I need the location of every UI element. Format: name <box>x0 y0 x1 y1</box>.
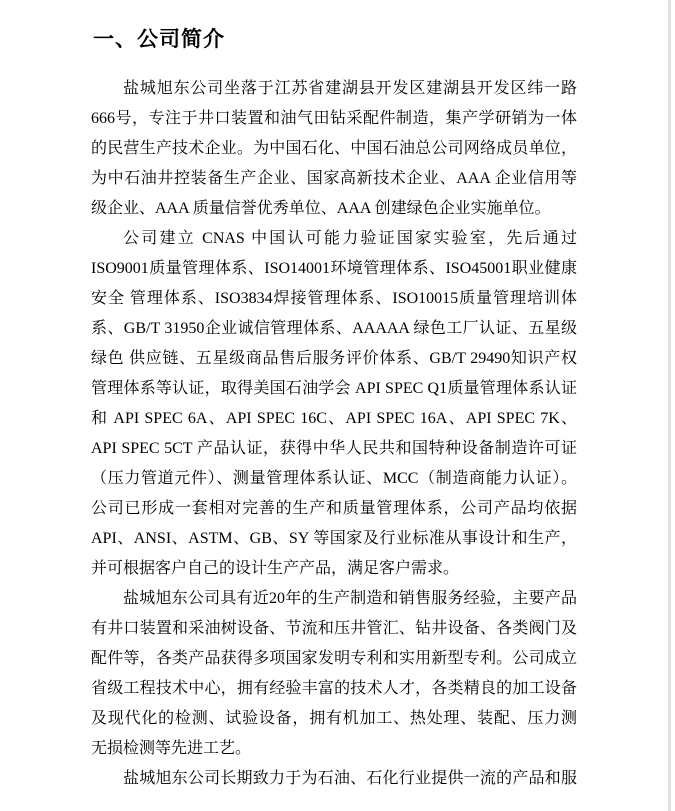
paragraph: 盐城旭东公司长期致力于为石油、石化行业提供一流的产品和服 <box>91 764 577 794</box>
text-line: 666号，专注于井口装置和油气田钻采配件制造，集产学研销为一体 <box>91 104 577 134</box>
text-line: 省级工程技术中心，拥有经验丰富的技术人才，各类精良的加工设备 <box>91 674 577 704</box>
text-line: 无损检测等先进工艺。 <box>91 734 577 764</box>
text-line: 盐城旭东公司坐落于江苏省建湖县开发区建湖县开发区纬一路 <box>91 74 577 104</box>
page-edge-line <box>668 0 671 811</box>
text-line: 公司已形成一套相对完善的生产和质量管理体系，公司产品均依据 <box>91 494 577 524</box>
text-line: 和 API SPEC 6A、API SPEC 16C、API SPEC 16A、… <box>91 404 577 434</box>
text-line: 安全 管理体系、ISO3834焊接管理体系、ISO10015质量管理培训体 <box>91 284 577 314</box>
text-line: API SPEC 5CT 产品认证，获得中华人民共和国特种设备制造许可证 <box>91 434 577 464</box>
text-line: 管理体系等认证，取得美国石油学会 API SPEC Q1质量管理体系认证 <box>91 374 577 404</box>
text-line: 有井口装置和采油树设备、节流和压井管汇、钻井设备、各类阀门及 <box>91 614 577 644</box>
text-line: 系、GB/T 31950企业诚信管理体系、AAAAA 绿色工厂认证、五星级 <box>91 314 577 344</box>
text-line: ISO9001质量管理体系、ISO14001环境管理体系、ISO45001职业健… <box>91 254 577 284</box>
section-heading: 一、公司简介 <box>93 26 577 54</box>
paragraph: 盐城旭东公司坐落于江苏省建湖县开发区建湖县开发区纬一路666号，专注于井口装置和… <box>91 74 577 224</box>
text-line: API、ANSI、ASTM、GB、SY 等国家及行业标准从事设计和生产， <box>91 524 577 554</box>
text-line: 绿色 供应链、五星级商品售后服务评价体系、GB/T 29490知识产权 <box>91 344 577 374</box>
paragraph: 盐城旭东公司具有近20年的生产制造和销售服务经验，主要产品有井口装置和采油树设备… <box>91 584 577 764</box>
document-body: 一、公司简介 盐城旭东公司坐落于江苏省建湖县开发区建湖县开发区纬一路666号，专… <box>91 0 577 794</box>
document-page: 一、公司简介 盐城旭东公司坐落于江苏省建湖县开发区建湖县开发区纬一路666号，专… <box>0 0 675 811</box>
text-line: 盐城旭东公司长期致力于为石油、石化行业提供一流的产品和服 <box>91 764 577 794</box>
paragraph-list: 盐城旭东公司坐落于江苏省建湖县开发区建湖县开发区纬一路666号，专注于井口装置和… <box>91 74 577 794</box>
text-line: 公司建立 CNAS 中国认可能力验证国家实验室，先后通过 <box>91 224 577 254</box>
text-line: 为中石油井控装备生产企业、国家高新技术企业、AAA 企业信用等 <box>91 164 577 194</box>
text-line: 的民营生产技术企业。为中国石化、中国石油总公司网络成员单位， <box>91 134 577 164</box>
text-line: 盐城旭东公司具有近20年的生产制造和销售服务经验，主要产品 <box>91 584 577 614</box>
text-line: （压力管道元件）、测量管理体系认证、MCC（制造商能力认证）。 <box>91 464 577 494</box>
paragraph: 公司建立 CNAS 中国认可能力验证国家实验室，先后通过ISO9001质量管理体… <box>91 224 577 584</box>
text-line: 配件等，各类产品获得多项国家发明专利和实用新型专利。公司成立 <box>91 644 577 674</box>
text-line: 级企业、AAA 质量信誉优秀单位、AAA 创建绿色企业实施单位。 <box>91 194 577 224</box>
text-line: 及现代化的检测、试验设备，拥有机加工、热处理、装配、压力测试、 <box>91 704 577 734</box>
text-line: 并可根据客户自己的设计生产产品，满足客户需求。 <box>91 554 577 584</box>
